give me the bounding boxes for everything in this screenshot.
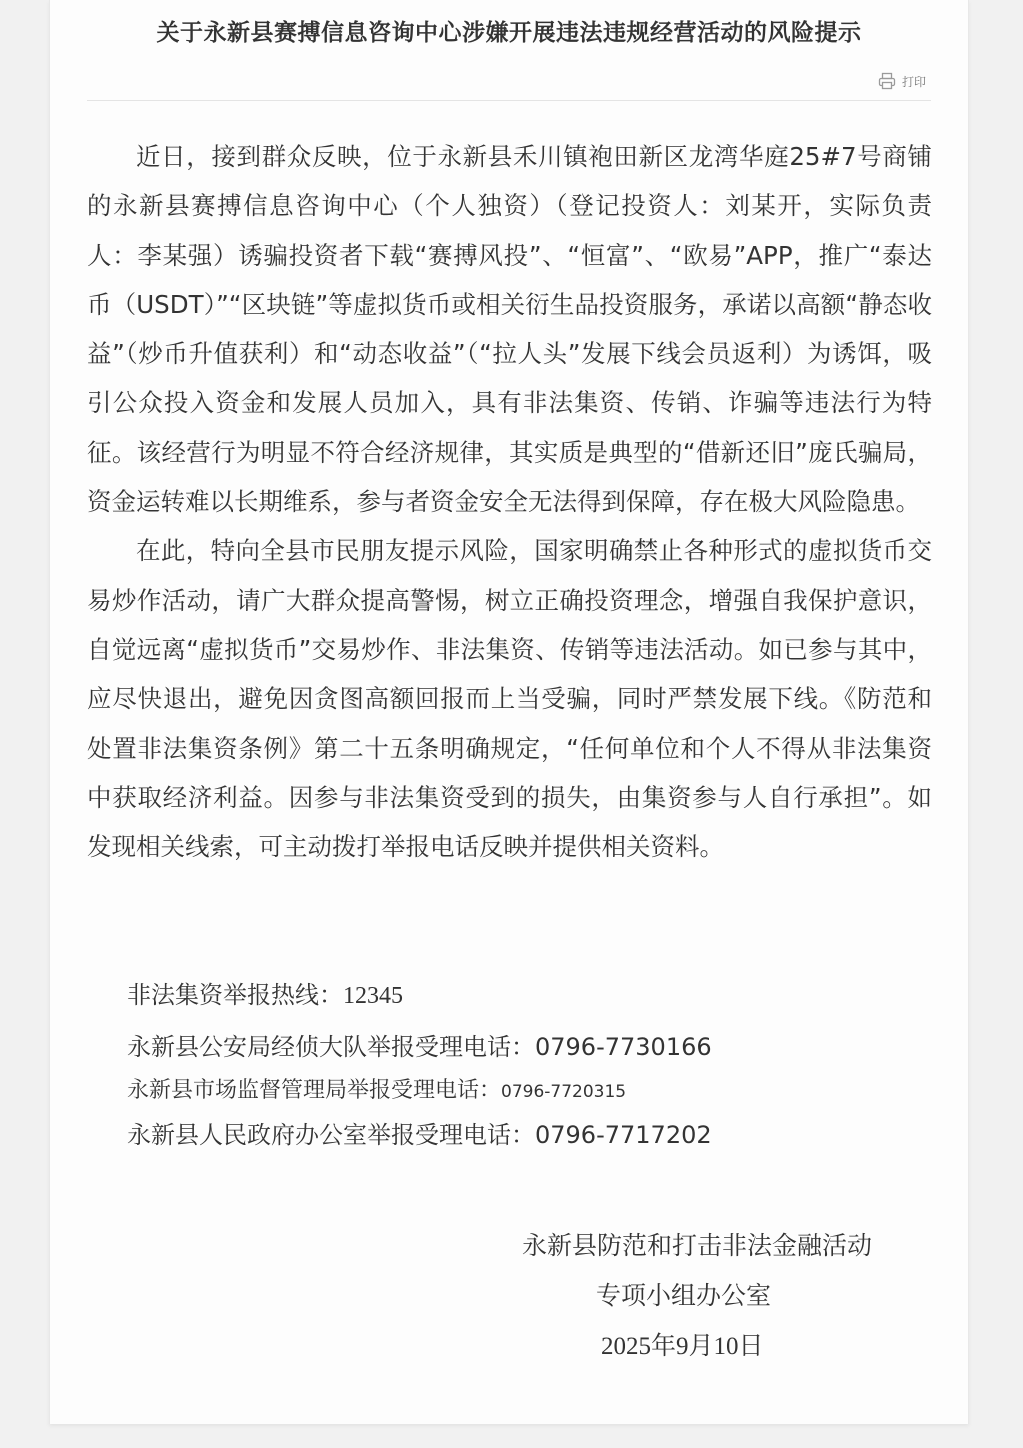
article-title: 关于永新县赛搏信息咨询中心涉嫌开展违法违规经营活动的风险提示 bbox=[50, 14, 968, 47]
hotline-number: 0796-7720315 bbox=[501, 1082, 626, 1102]
article-card: 关于永新县赛搏信息咨询中心涉嫌开展违法违规经营活动的风险提示 打印 近日，接到群… bbox=[49, 0, 969, 1424]
hotline-number: 12345 bbox=[343, 983, 403, 1009]
signature-org-line2: 专项小组办公室 bbox=[596, 1276, 771, 1312]
title-divider bbox=[87, 100, 931, 101]
hotline-number: 0796-7717202 bbox=[535, 1121, 712, 1149]
hotline-label: 非法集资举报热线： bbox=[127, 981, 343, 1009]
hotline-label: 永新县人民政府办公室举报受理电话： bbox=[127, 1121, 535, 1149]
signature-org-line1: 永新县防范和打击非法金融活动 bbox=[522, 1226, 872, 1262]
hotline-item: 永新县人民政府办公室举报受理电话：0796-7717202 bbox=[127, 1115, 712, 1150]
printer-icon bbox=[878, 72, 896, 90]
hotline-item: 永新县市场监督管理局举报受理电话：0796-7720315 bbox=[127, 1073, 626, 1104]
print-button[interactable]: 打印 bbox=[878, 72, 926, 90]
signature-date: 2025年9月10日 bbox=[601, 1326, 764, 1362]
article-body: 近日，接到群众反映，位于永新县禾川镇袍田新区龙湾华庭25#7号商铺的永新县赛搏信… bbox=[87, 132, 932, 871]
paragraph: 在此，特向全县市民朋友提示风险，国家明确禁止各种形式的虚拟货币交易炒作活动，请广… bbox=[87, 526, 932, 871]
hotline-item: 永新县公安局经侦大队举报受理电话：0796-7730166 bbox=[127, 1027, 712, 1062]
print-label: 打印 bbox=[902, 73, 926, 90]
hotline-number: 0796-7730166 bbox=[535, 1033, 712, 1061]
hotline-item: 非法集资举报热线：12345 bbox=[127, 975, 403, 1010]
hotline-label: 永新县公安局经侦大队举报受理电话： bbox=[127, 1033, 535, 1061]
paragraph: 近日，接到群众反映，位于永新县禾川镇袍田新区龙湾华庭25#7号商铺的永新县赛搏信… bbox=[87, 132, 932, 526]
hotline-label: 永新县市场监督管理局举报受理电话： bbox=[127, 1078, 501, 1103]
